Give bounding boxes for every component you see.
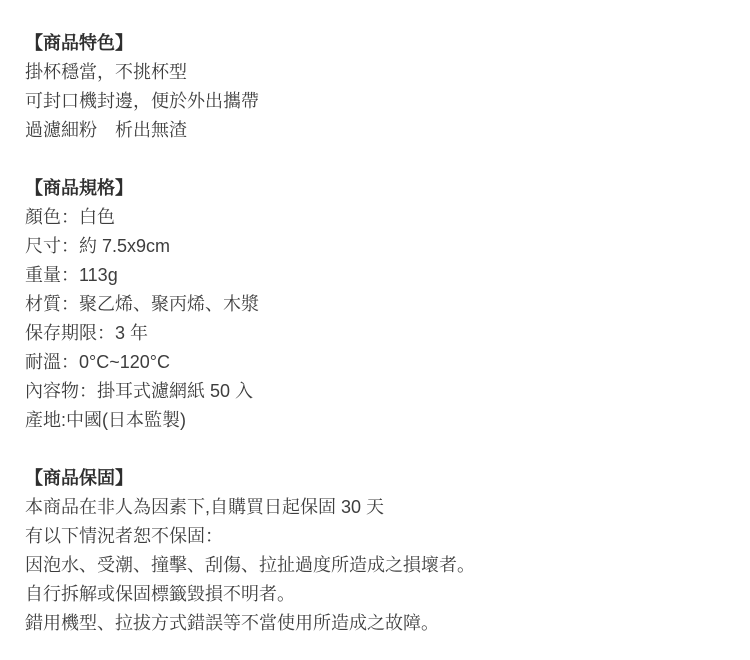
- spec-origin: 產地:中國(日本監製): [25, 406, 725, 435]
- spec-color: 顏色：白色: [25, 203, 725, 232]
- spec-material: 材質：聚乙烯、聚丙烯、木漿: [25, 290, 725, 319]
- text-line: 過濾細粉 析出無渣: [25, 116, 725, 145]
- warranty-exclusion-item: 自行拆解或保固標籤毀損不明者。: [25, 580, 725, 609]
- text-line: 可封口機封邊，便於外出攜帶: [25, 87, 725, 116]
- product-description-page: 【商品特色】 掛杯穩當，不挑杯型 可封口機封邊，便於外出攜帶 過濾細粉 析出無渣…: [0, 0, 750, 660]
- spec-weight: 重量：113g: [25, 261, 725, 290]
- section-heading-warranty: 【商品保固】: [25, 464, 725, 493]
- section-heading-specs: 【商品規格】: [25, 174, 725, 203]
- warranty-period: 本商品在非人為因素下,自購買日起保固 30 天: [25, 493, 725, 522]
- spec-contents: 內容物：掛耳式濾網紙 50 入: [25, 377, 725, 406]
- spec-temperature: 耐溫：0°C~120°C: [25, 348, 725, 377]
- spec-shelf-life: 保存期限：3 年: [25, 319, 725, 348]
- section-product-specs: 【商品規格】 顏色：白色 尺寸：約 7.5x9cm 重量：113g 材質：聚乙烯…: [25, 174, 725, 435]
- spec-size: 尺寸：約 7.5x9cm: [25, 232, 725, 261]
- section-product-features: 【商品特色】 掛杯穩當，不挑杯型 可封口機封邊，便於外出攜帶 過濾細粉 析出無渣: [25, 29, 725, 145]
- warranty-exclusion-item: 因泡水、受潮、撞擊、刮傷、拉扯過度所造成之損壞者。: [25, 551, 725, 580]
- section-product-warranty: 【商品保固】 本商品在非人為因素下,自購買日起保固 30 天 有以下情況者恕不保…: [25, 464, 725, 638]
- section-heading-features: 【商品特色】: [25, 29, 725, 58]
- warranty-exclusion-item: 錯用機型、拉拔方式錯誤等不當使用所造成之故障。: [25, 609, 725, 638]
- text-line: 掛杯穩當，不挑杯型: [25, 58, 725, 87]
- warranty-exclusions-intro: 有以下情況者恕不保固：: [25, 522, 725, 551]
